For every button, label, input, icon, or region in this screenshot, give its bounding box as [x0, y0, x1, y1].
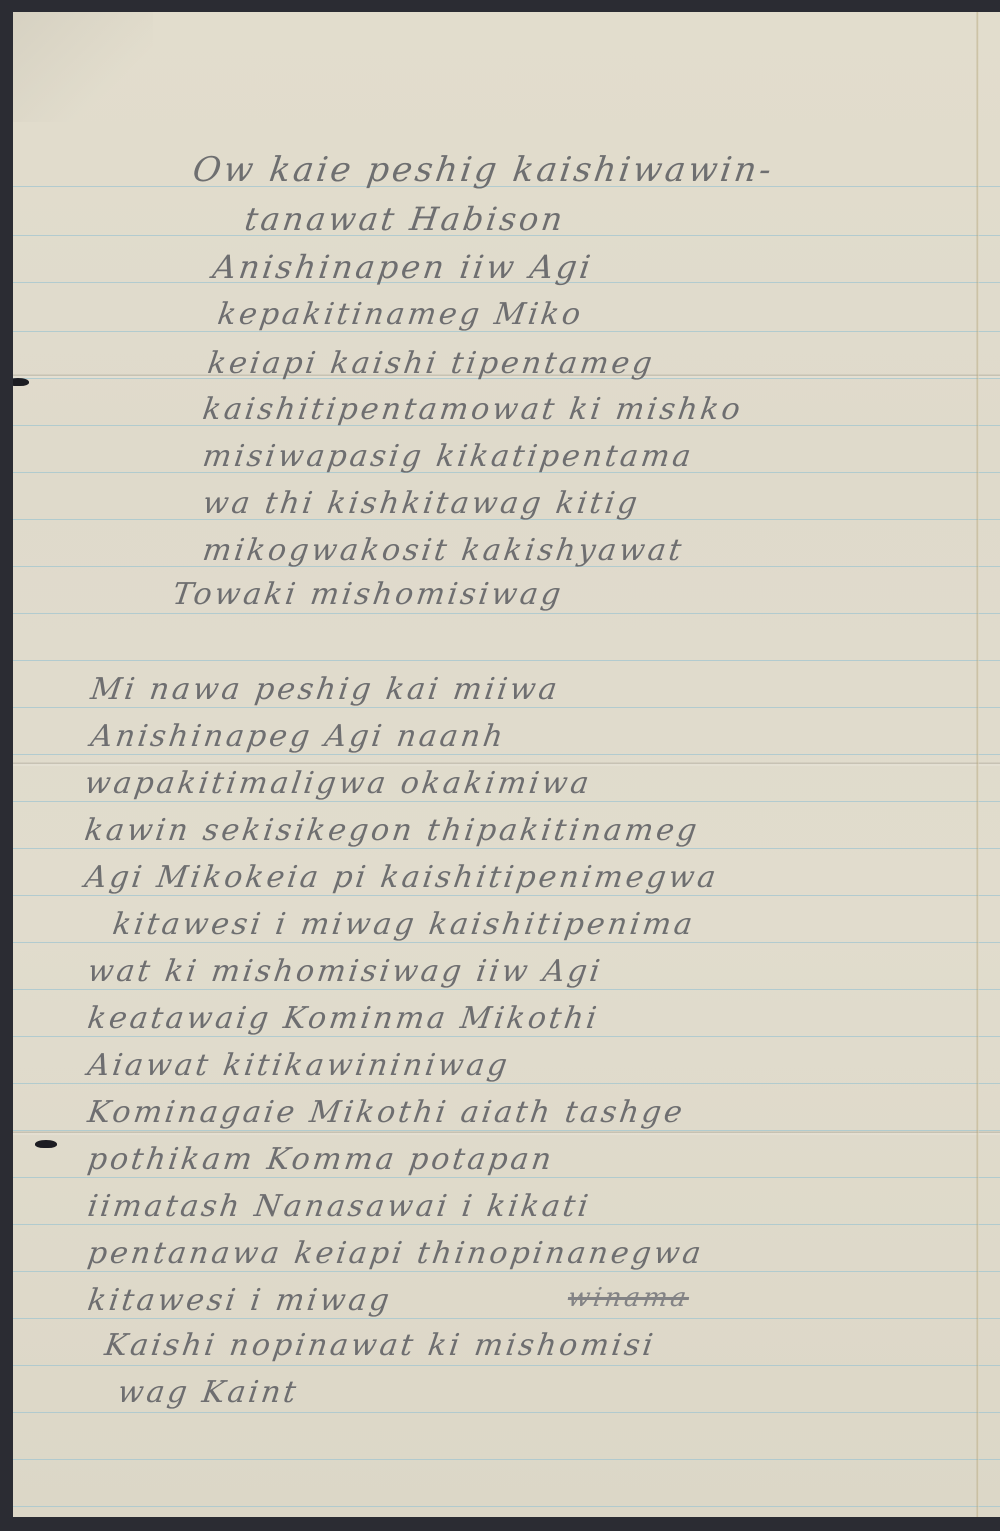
handwritten-line: misiwapasig kikatipentama	[201, 439, 696, 474]
handwritten-line: Towaki mishomisiwag	[171, 577, 566, 612]
ruled-line	[13, 895, 1000, 896]
handwritten-line: keatawaig Kominma Mikothi	[86, 1001, 602, 1036]
paper-tear	[13, 378, 29, 386]
ruled-line	[13, 1271, 1000, 1272]
handwritten-line: keiapi kaishi tipentameg	[206, 346, 657, 381]
struck-through-word: winama	[566, 1283, 691, 1313]
handwritten-line: kitawesi i miwag kaishitipenima	[111, 907, 698, 942]
ruled-line	[13, 754, 1000, 755]
handwritten-line: Agi Mikokeia pi kaishitipenimegwa	[83, 860, 721, 895]
ruled-line	[13, 1036, 1000, 1037]
ruled-line	[13, 989, 1000, 990]
handwritten-line: pentanawa keiapi thinopinanegwa	[86, 1236, 706, 1271]
handwritten-line: wa thi kishkitawag kitig	[201, 486, 643, 521]
handwritten-line: Kaishi nopinawat ki mishomisi	[103, 1328, 658, 1363]
handwritten-line: wat ki mishomisiwag iiw Agi	[86, 954, 605, 989]
ruled-line	[13, 1083, 1000, 1084]
handwritten-line: Aiawat kitikawininiwag	[86, 1048, 513, 1083]
fold-crease	[13, 1131, 1000, 1135]
handwritten-line: mikogwakosit kakishyawat	[201, 533, 687, 568]
ruled-line	[13, 660, 1000, 661]
ruled-line	[13, 1224, 1000, 1225]
paper-tear	[35, 1140, 57, 1148]
handwritten-line: wag Kaint	[116, 1375, 301, 1410]
handwritten-line: Mi nawa peshig kai miiwa	[89, 672, 562, 707]
ruled-line	[13, 801, 1000, 802]
handwritten-line: Kominagaie Mikothi aiath tashge	[86, 1095, 688, 1130]
ruled-line	[13, 1412, 1000, 1413]
handwritten-line: iimatash Nanasawai i kikati	[86, 1189, 594, 1224]
handwritten-line: kaishitipentamowat ki mishko	[201, 392, 746, 427]
handwritten-line: Anishinapen iiw Agi	[210, 248, 595, 286]
ruled-line	[13, 1365, 1000, 1366]
handwritten-line: pothikam Komma potapan	[86, 1142, 557, 1177]
ruled-line	[13, 942, 1000, 943]
ruled-line	[13, 848, 1000, 849]
ruled-line	[13, 1459, 1000, 1460]
ruled-line	[13, 613, 1000, 614]
ruled-line	[13, 707, 1000, 708]
handwritten-line: kepakitinameg Miko	[216, 297, 586, 332]
ruled-line	[13, 1318, 1000, 1319]
handwritten-line: kawin sekisikegon thipakitinameg	[83, 813, 702, 848]
handwritten-line: Ow kaie peshig kaishiwawin-	[190, 150, 776, 190]
fold-crease-vertical	[976, 12, 979, 1517]
handwritten-line: kitawesi i miwag	[86, 1283, 395, 1318]
ruled-line	[13, 1177, 1000, 1178]
ruled-line	[13, 1506, 1000, 1507]
lined-paper-sheet: Ow kaie peshig kaishiwawin- tanawat Habi…	[13, 12, 1000, 1517]
handwritten-line: tanawat Habison	[242, 200, 567, 238]
handwritten-line: Anishinapeg Agi naanh	[89, 719, 508, 754]
handwritten-line: wapakitimaligwa okakimiwa	[83, 766, 594, 801]
